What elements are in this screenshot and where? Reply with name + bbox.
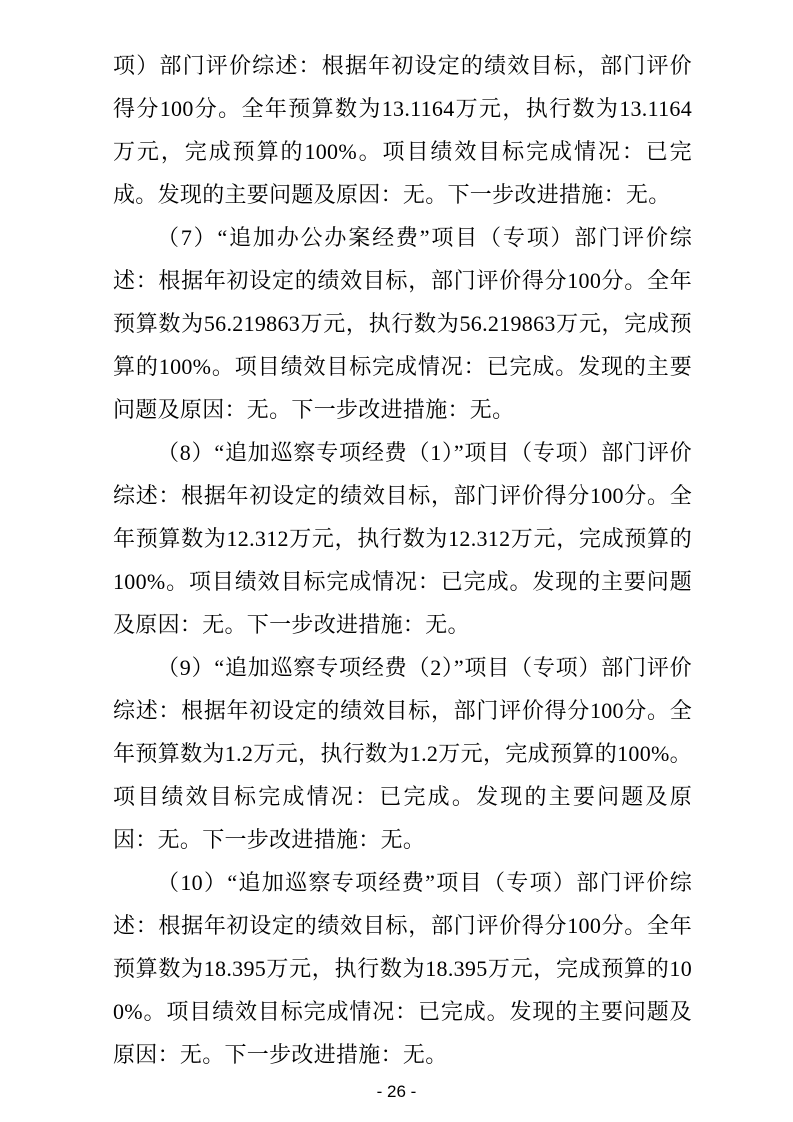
document-page: 项）部门评价综述：根据年初设定的绩效目标，部门评价得分100分。全年预算数为13… [0,0,793,1122]
paragraph-item-7: （7）“追加办公办案经费”项目（专项）部门评价综述：根据年初设定的绩效目标，部门… [113,216,692,431]
page-number: - 26 - [0,1082,793,1102]
paragraph-item-8: （8）“追加巡察专项经费（1）”项目（专项）部门评价综述：根据年初设定的绩效目标… [113,431,692,646]
paragraph-item-10: （10）“追加巡察专项经费”项目（专项）部门评价综述：根据年初设定的绩效目标，部… [113,861,692,1076]
document-body: 项）部门评价综述：根据年初设定的绩效目标，部门评价得分100分。全年预算数为13… [113,44,692,1076]
paragraph-continuation: 项）部门评价综述：根据年初设定的绩效目标，部门评价得分100分。全年预算数为13… [113,44,692,216]
paragraph-item-9: （9）“追加巡察专项经费（2）”项目（专项）部门评价综述：根据年初设定的绩效目标… [113,646,692,861]
